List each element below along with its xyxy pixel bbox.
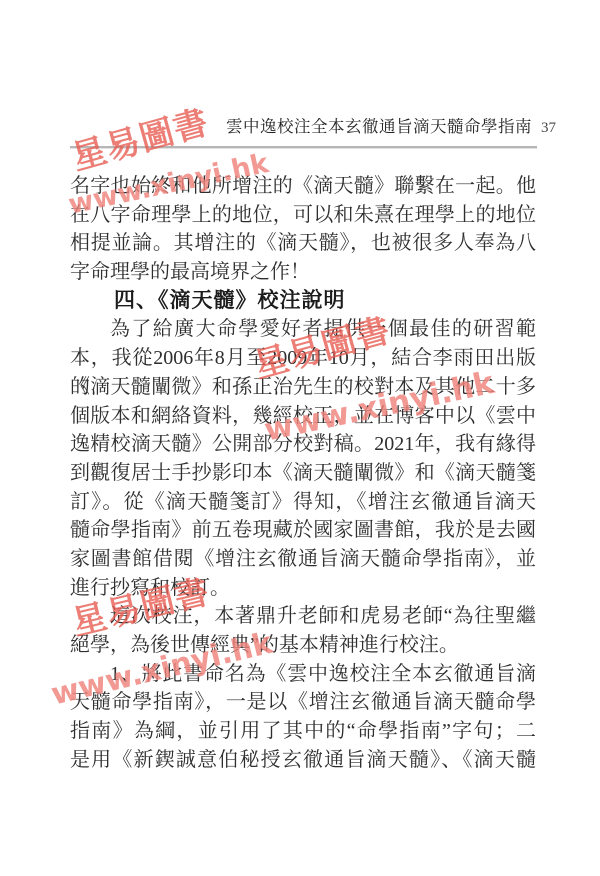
- text-line: 字命理學的最高境界之作！: [70, 258, 536, 287]
- text-line: 在八字命理學上的地位，可以和朱熹在理學上的地位: [70, 201, 536, 230]
- text-line: 《滴天髓闡微》和孫正治先生的校對本及其他二十多: [70, 373, 536, 402]
- text-line: 是用《新鍥誠意伯秘授玄徹通旨滴天髓》、《滴天髓: [70, 746, 536, 775]
- text-line: 四、《滴天髓》校注說明: [70, 287, 536, 316]
- header-rule: [70, 146, 537, 149]
- text-line: 髓命學指南》前五卷現藏於國家圖書館，我於是去國: [70, 516, 536, 545]
- body-text-block: 名字也始終和他所增注的《滴天髓》聯繫在一起。他在八字命理學上的地位，可以和朱熹在…: [70, 172, 536, 774]
- running-header: 雲中逸校注全本玄徹通旨滴天髓命學指南 37: [70, 113, 556, 137]
- text-line: 天髓命學指南》，一是以《增注玄徹通旨滴天髓命學: [70, 688, 536, 717]
- text-line: 逸精校滴天髓》公開部分校對稿。2021年，我有緣得: [70, 430, 536, 459]
- text-line: 本，我從2006年8月至2009年10月，結合李雨田出版的: [70, 344, 536, 373]
- text-line: 訂》。從《滴天髓箋訂》得知，《增注玄徹通旨滴天: [70, 488, 536, 517]
- text-line: 絕學，為後世傳經典”的基本精神進行校注。: [70, 631, 536, 660]
- text-line: 這次校注，本著鼎升老師和虎易老師“為往聖繼: [70, 602, 536, 631]
- text-line: 相提並論。其增注的《滴天髓》，也被很多人奉為八: [70, 229, 536, 258]
- header-book-title: 雲中逸校注全本玄徹通旨滴天髓命學指南: [226, 113, 532, 137]
- text-line: 為了給廣大命學愛好者提供一個最佳的研習範: [70, 315, 536, 344]
- text-line: 進行抄寫和校訂。: [70, 574, 536, 603]
- page-number: 37: [541, 120, 556, 137]
- text-line: 到觀復居士手抄影印本《滴天髓闡微》和《滴天髓箋: [70, 459, 536, 488]
- text-line: 家圖書館借閱《增注玄徹通旨滴天髓命學指南》，並: [70, 545, 536, 574]
- text-line: 1、將此書命名為《雲中逸校注全本玄徹通旨滴: [70, 660, 536, 689]
- text-line: 名字也始終和他所增注的《滴天髓》聯繫在一起。他: [70, 172, 536, 201]
- book-page: 雲中逸校注全本玄徹通旨滴天髓命學指南 37 名字也始終和他所增注的《滴天髓》聯繫…: [0, 0, 600, 876]
- text-line: 個版本和網絡資料，幾經校正，並在博客中以《雲中: [70, 402, 536, 431]
- text-line: 指南》為綱，並引用了其中的“命學指南”字句；二: [70, 717, 536, 746]
